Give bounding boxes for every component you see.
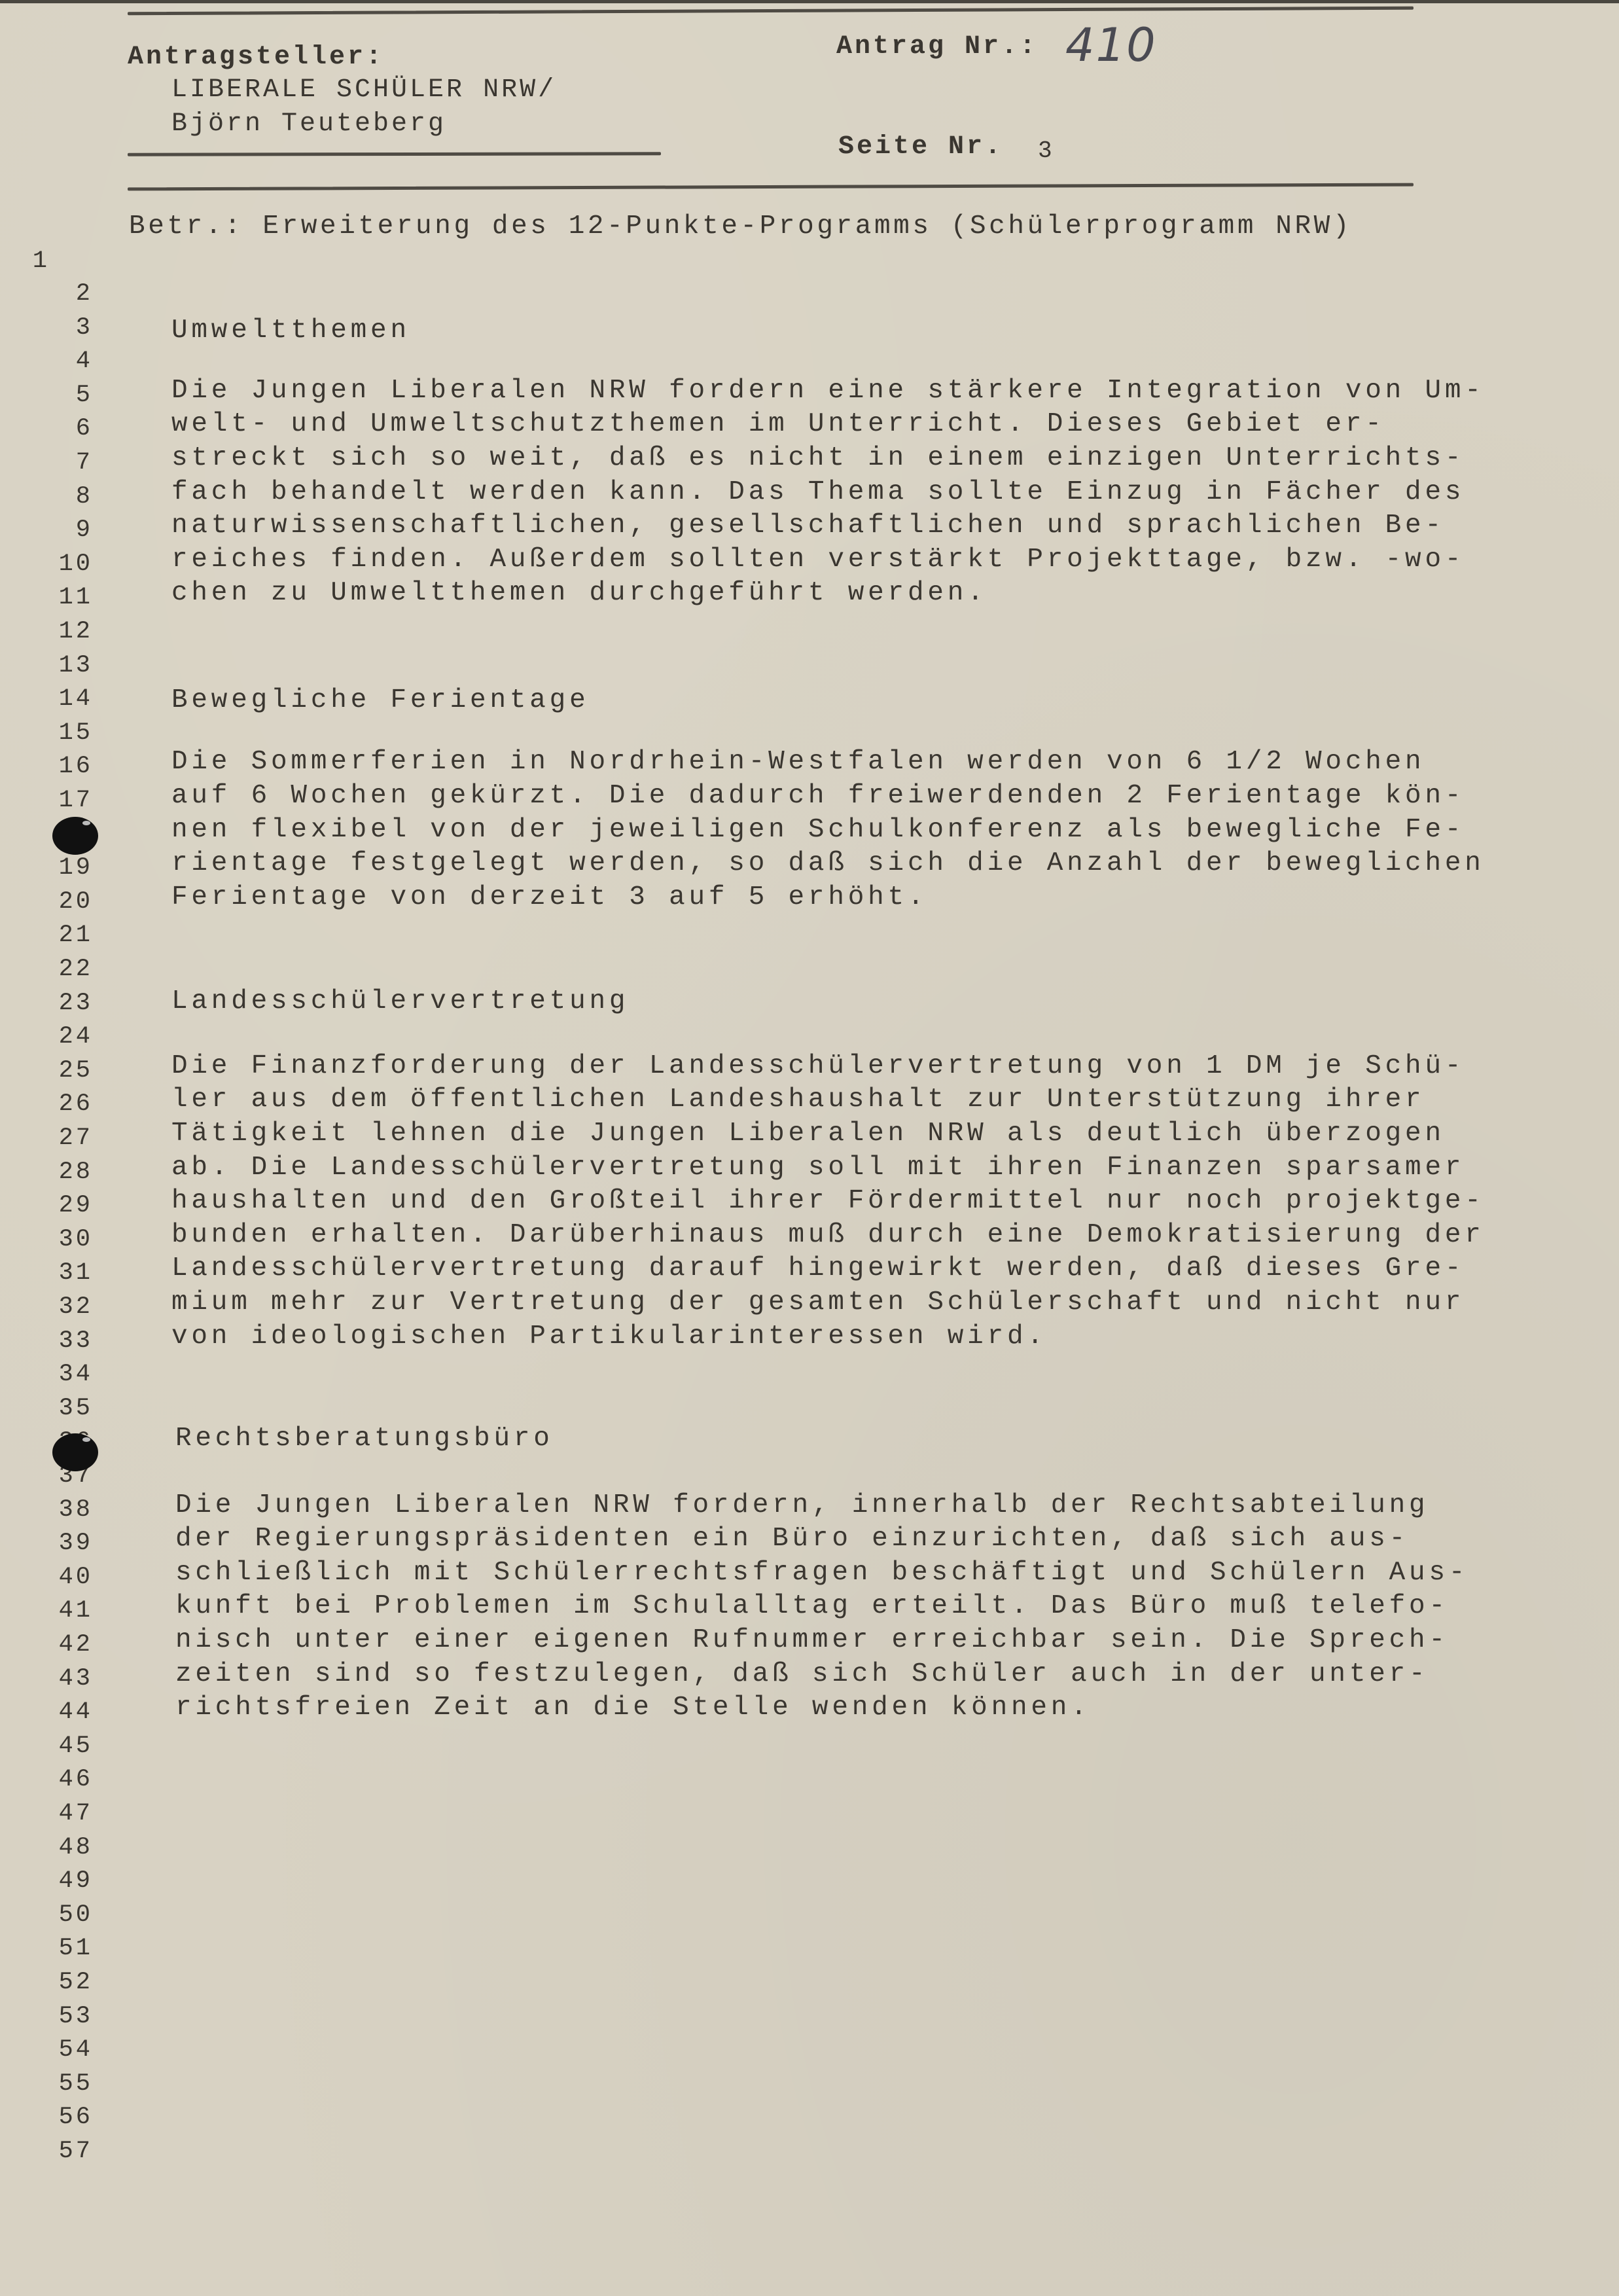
body-line: richtsfreien Zeit an die Stelle wenden k… — [175, 1695, 1091, 1721]
line-number: 14 — [14, 685, 93, 713]
line-number: 10 — [14, 550, 93, 578]
line-number: 38 — [14, 1496, 93, 1524]
line-number: 6 — [14, 415, 93, 442]
applicant-label: Antragsteller: — [128, 45, 384, 71]
line-number: 45 — [14, 1732, 93, 1760]
line-number: 33 — [14, 1327, 93, 1355]
line-number: 31 — [14, 1259, 93, 1287]
line-number: 40 — [14, 1564, 93, 1591]
line-number: 29 — [14, 1192, 93, 1219]
body-line: schließlich mit Schülerrechtsfragen besc… — [175, 1560, 1468, 1587]
header-bottom-rule — [128, 183, 1414, 191]
line-number: 34 — [14, 1361, 93, 1388]
body-line: bunden erhalten. Darüberhinaus muß durch… — [171, 1222, 1485, 1249]
antrag-number-handwritten: 410 — [1065, 18, 1157, 72]
line-number: 50 — [14, 1901, 93, 1929]
line-number: 53 — [14, 2003, 93, 2030]
seite-label: Seite Nr. — [838, 134, 1003, 160]
line-number: 57 — [14, 2138, 93, 2165]
header-top-rule — [128, 7, 1414, 16]
applicant-underline — [128, 152, 661, 156]
line-number: 9 — [14, 516, 93, 544]
body-line: der Regierungspräsidenten ein Büro einzu… — [175, 1526, 1409, 1552]
body-line: mium mehr zur Vertretung der gesamten Sc… — [171, 1289, 1465, 1316]
line-number: 48 — [14, 1834, 93, 1861]
punch-hole-upper — [52, 817, 98, 855]
subject-line: Betr.: Erweiterung des 12-Punkte-Program… — [129, 213, 1352, 240]
body-line: Die Jungen Liberalen NRW fordern, innerh… — [175, 1492, 1429, 1519]
line-number: 28 — [14, 1158, 93, 1186]
line-number: 47 — [14, 1800, 93, 1827]
body-line: Die Finanzforderung der Landesschülerver… — [171, 1053, 1465, 1080]
line-number: 4 — [14, 348, 93, 375]
line-number: 22 — [14, 956, 93, 983]
body-line: chen zu Umweltthemen durchgeführt werden… — [171, 580, 987, 607]
line-number: 44 — [14, 1698, 93, 1726]
line-number: 23 — [14, 990, 93, 1017]
line-number: 52 — [14, 1969, 93, 1996]
line-number: 21 — [14, 922, 93, 949]
section-title-ferientage: Bewegliche Ferientage — [171, 687, 589, 714]
line-number: 19 — [14, 854, 93, 882]
line-number: 13 — [14, 652, 93, 679]
body-line: welt- und Umweltschutzthemen im Unterric… — [171, 411, 1385, 438]
applicant-org: LIBERALE SCHÜLER NRW/ — [171, 77, 556, 103]
body-line: auf 6 Wochen gekürzt. Die dadurch freiwe… — [171, 783, 1465, 810]
body-line: Ferientage von derzeit 3 auf 5 erhöht. — [171, 884, 927, 911]
body-line: rientage festgelegt werden, so daß sich … — [171, 850, 1485, 877]
body-line: zeiten sind so festzulegen, daß sich Sch… — [175, 1661, 1429, 1688]
line-number: 46 — [14, 1766, 93, 1793]
body-line: kunft bei Problemen im Schulalltag ertei… — [175, 1593, 1449, 1620]
line-number: 7 — [14, 449, 93, 476]
line-number: 42 — [14, 1631, 93, 1659]
line-number: 27 — [14, 1124, 93, 1152]
scan-top-edge — [0, 0, 1619, 3]
body-line: fach behandelt werden kann. Das Thema so… — [171, 479, 1465, 506]
line-number: 11 — [14, 584, 93, 611]
body-line: Die Sommerferien in Nordrhein-Westfalen … — [171, 749, 1425, 776]
line-number: 49 — [14, 1867, 93, 1895]
line-number: 8 — [14, 483, 93, 511]
body-line: Landesschülervertretung darauf hingewirk… — [171, 1255, 1465, 1282]
body-line: Tätigkeit lehnen die Jungen Liberalen NR… — [171, 1121, 1445, 1147]
line-number: 3 — [14, 314, 93, 342]
line-number: 17 — [14, 787, 93, 814]
punch-hole-lower — [52, 1433, 98, 1471]
line-number: 12 — [14, 618, 93, 645]
body-line: nisch unter einer eigenen Rufnummer erre… — [175, 1627, 1449, 1654]
line-number: 16 — [14, 753, 93, 780]
line-number: 39 — [14, 1530, 93, 1557]
body-line: streckt sich so weit, daß es nicht in ei… — [171, 445, 1465, 472]
line-number: 41 — [14, 1597, 93, 1624]
line-number: 20 — [14, 888, 93, 916]
section-title-rechtsberatungsbuero: Rechtsberatungsbüro — [175, 1426, 554, 1452]
body-line: haushalten und den Großteil ihrer Förder… — [171, 1188, 1485, 1215]
line-number: 1 — [0, 247, 50, 275]
line-number: 24 — [14, 1023, 93, 1050]
antrag-label: Antrag Nr.: — [836, 34, 1038, 60]
body-line: ab. Die Landesschülervertretung soll mit… — [171, 1155, 1465, 1181]
body-line: reiches finden. Außerdem sollten verstär… — [171, 547, 1465, 573]
line-number: 5 — [14, 382, 93, 409]
body-line: nen flexibel von der jeweiligen Schulkon… — [171, 817, 1465, 844]
body-line: ler aus dem öffentlichen Landeshaushalt … — [171, 1086, 1425, 1113]
line-number: 56 — [14, 2104, 93, 2131]
body-line: von ideologischen Partikularinteressen w… — [171, 1323, 1047, 1350]
line-number: 43 — [14, 1665, 93, 1693]
line-number: 35 — [14, 1395, 93, 1422]
section-title-landesschuelervertretung: Landesschülervertretung — [171, 988, 629, 1015]
body-line: Die Jungen Liberalen NRW fordern eine st… — [171, 378, 1485, 404]
line-number: 51 — [14, 1935, 93, 1962]
line-number: 30 — [14, 1226, 93, 1253]
line-number: 54 — [14, 2036, 93, 2064]
line-number: 32 — [14, 1293, 93, 1321]
line-number: 2 — [14, 280, 93, 308]
applicant-name: Björn Teuteberg — [171, 111, 446, 137]
line-number: 55 — [14, 2070, 93, 2098]
body-line: naturwissenschaftlichen, gesellschaftlic… — [171, 512, 1445, 539]
line-number: 26 — [14, 1090, 93, 1118]
seite-number: 3 — [1038, 137, 1052, 164]
line-number: 15 — [14, 719, 93, 747]
line-number: 25 — [14, 1057, 93, 1085]
section-title-umweltthemen: Umweltthemen — [171, 317, 410, 344]
